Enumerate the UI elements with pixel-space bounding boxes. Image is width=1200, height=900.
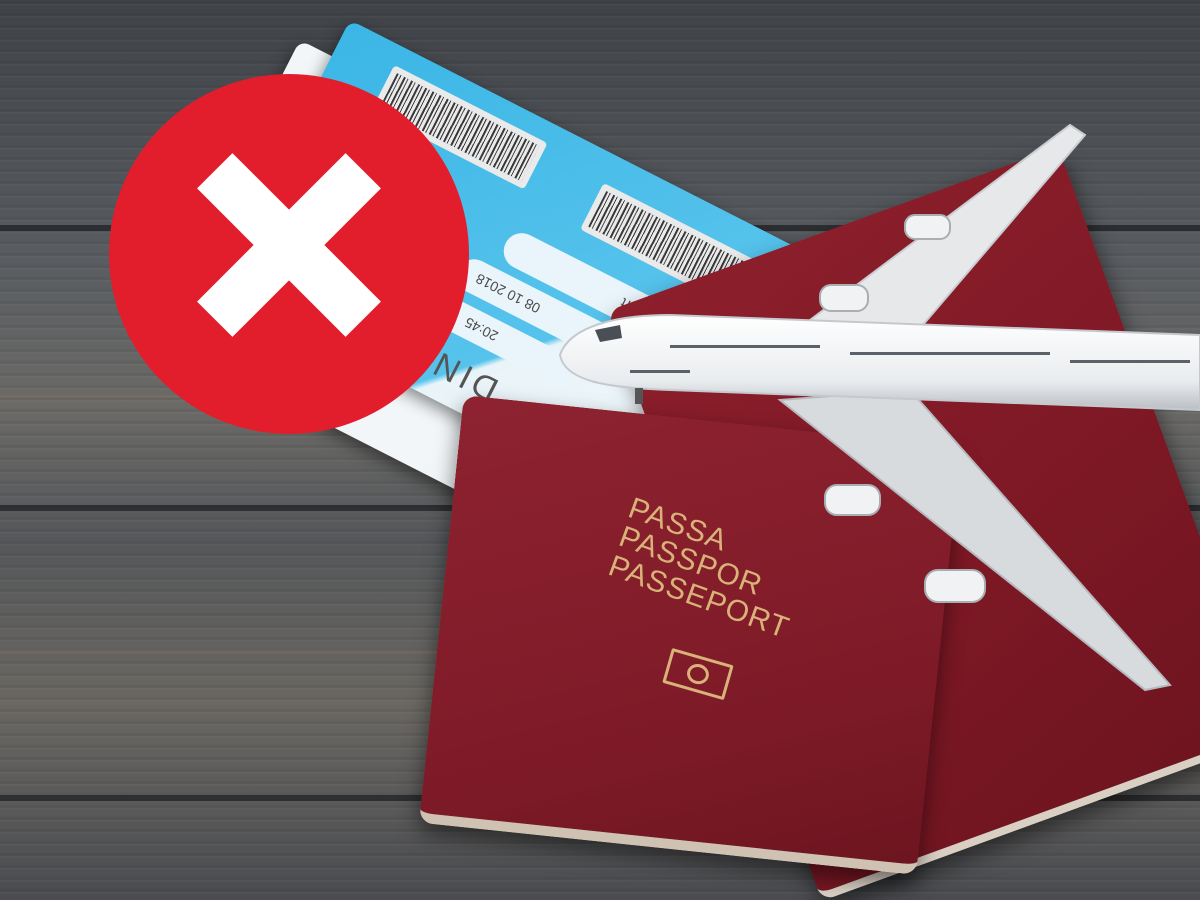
model-airplane xyxy=(550,120,1200,700)
red-circle-x-icon xyxy=(109,74,469,434)
photo-scene: Bora Bort 4 08 10 2018 20:45 DING PASS P… xyxy=(0,0,1200,900)
ticket-time: 20:45 xyxy=(462,314,500,344)
ticket-date: 08 10 2018 xyxy=(473,271,543,317)
